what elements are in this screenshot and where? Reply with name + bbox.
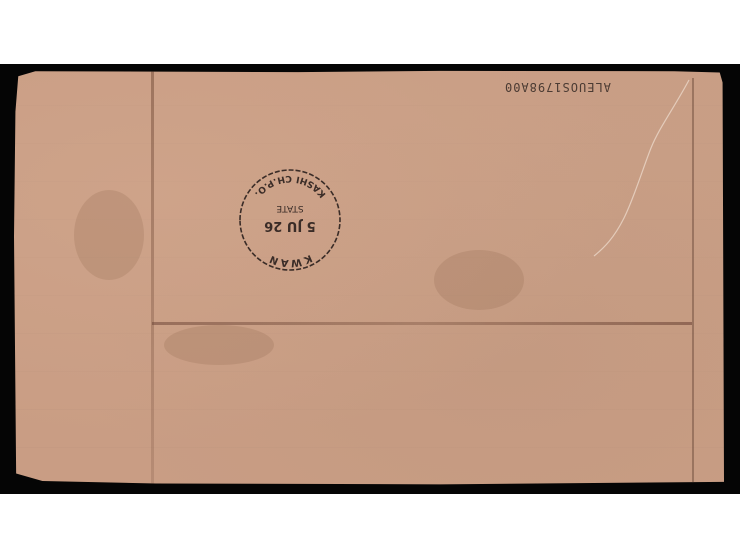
postmark-bottom-text: KASHI CH.P.O. [252, 173, 329, 199]
postmark-top-text: KWAN [266, 252, 313, 268]
svg-text:KWAN: KWAN [266, 252, 313, 268]
postmark: KWAN 5 JU 26 STATE KASHI CH.P.O. [236, 166, 344, 274]
envelope-back: ALEUOS1798A00 KWAN 5 JU 26 STATE KASHI C… [14, 70, 724, 486]
postmark-date: 5 JU 26 [264, 218, 316, 233]
paper-crack [589, 78, 699, 258]
stain [74, 190, 144, 280]
flap-seam [152, 322, 692, 325]
svg-text:KASHI CH.P.O.: KASHI CH.P.O. [252, 173, 329, 199]
flap-fold-left [151, 70, 154, 486]
stain [164, 325, 274, 365]
reference-number: ALEUOS1798A00 [504, 80, 611, 94]
stain [434, 250, 524, 310]
postmark-middle-text: STATE [276, 203, 303, 213]
